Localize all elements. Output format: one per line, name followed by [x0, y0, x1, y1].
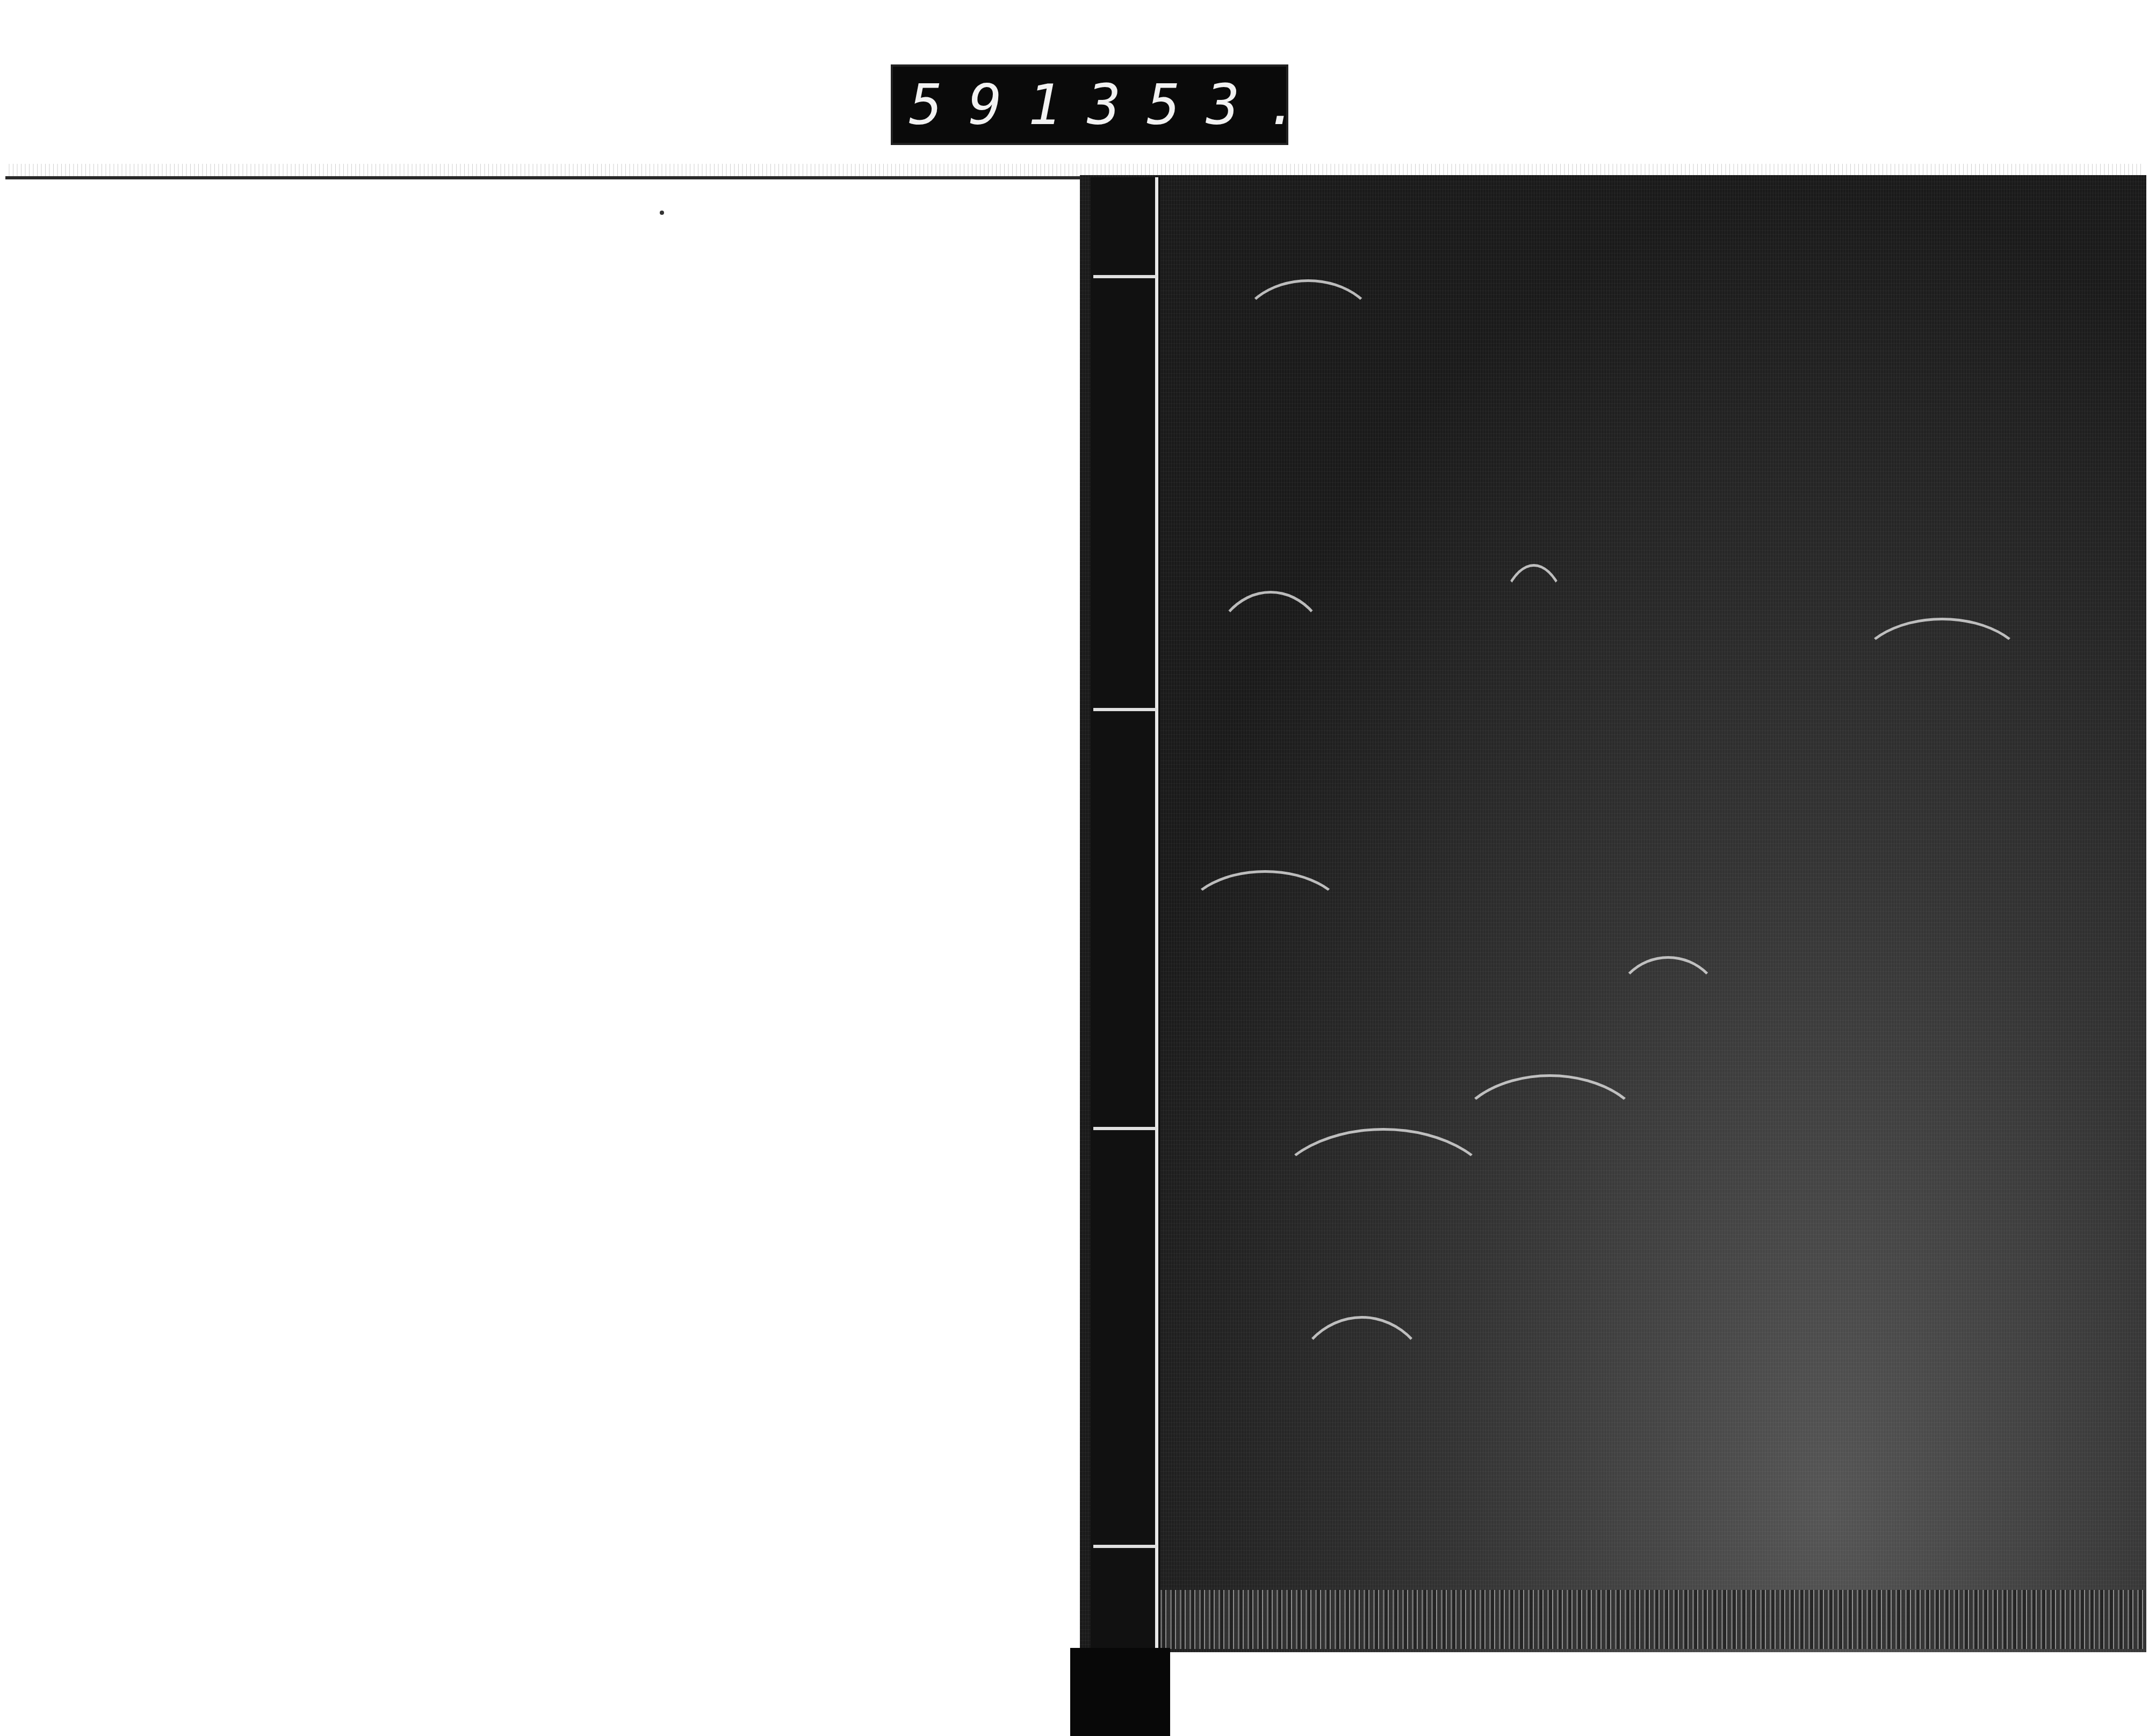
- frame-counter: 591 353.: [891, 64, 1288, 145]
- marble-vein: [1209, 591, 1332, 736]
- marble-vein: [1236, 279, 1381, 392]
- marble-vein: [1612, 956, 1725, 1069]
- marble-vein: [1289, 1316, 1434, 1472]
- dust-speck: [660, 211, 664, 215]
- cover-bottom-edge: [1160, 1590, 2146, 1649]
- binding-tick: [1093, 708, 1158, 711]
- binding-tick: [1093, 1127, 1158, 1130]
- marble-vein: [1451, 1074, 1649, 1209]
- corner-block: [1070, 1648, 1170, 1736]
- counter-right-digits: 353.: [1087, 77, 1325, 133]
- binding-strip: [1091, 177, 1160, 1649]
- marble-vein: [1494, 564, 1574, 741]
- binding-line: [1155, 177, 1158, 1649]
- binding-tick: [1093, 275, 1158, 278]
- marble-vein: [1854, 618, 2031, 730]
- marble-vein: [1182, 870, 1348, 972]
- binding-tick: [1093, 1545, 1158, 1548]
- counter-left-digits: 591: [909, 77, 1087, 133]
